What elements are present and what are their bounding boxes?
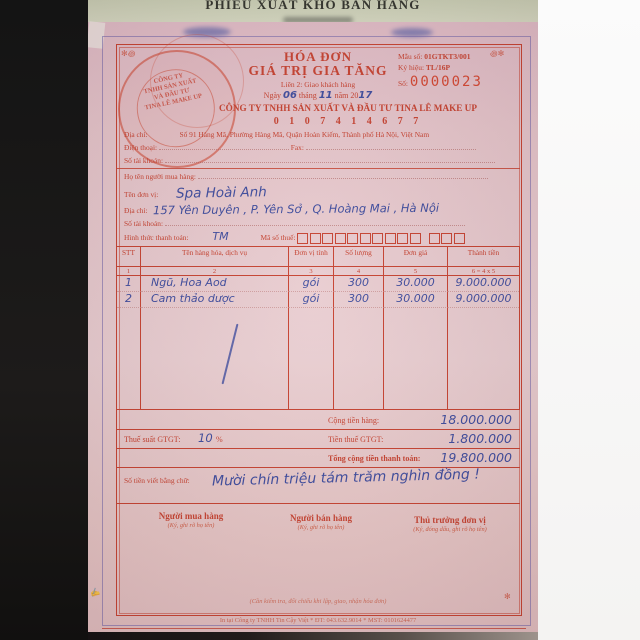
buyer-unit-handwritten: Spa Hoài Anh xyxy=(176,184,267,202)
row-item-name: Cam thảo dược xyxy=(141,292,289,308)
corner-ornament-icon: ✻꩜ xyxy=(121,47,135,59)
grand-total-row: Tổng cộng tiền thanh toán: 19.800.000 xyxy=(116,449,520,468)
col-header-qty: Số lượng xyxy=(334,247,384,267)
form-number-block: Mẫu số: 01GTKT3/001 Ký hiệu: TL/16P Số: … xyxy=(398,52,483,90)
table-index-row: 1 2 3 4 5 6 = 4 x 5 xyxy=(117,267,519,276)
table-row: 1 Ngũ, Hoa Aod gói 300 30.000 9.000.000 xyxy=(117,276,519,292)
seller-account-label: Số tài khoản: xyxy=(124,156,163,165)
ky-hieu-value: TL/16P xyxy=(426,63,450,72)
buyer-name-blank xyxy=(198,178,488,179)
col-index: 1 xyxy=(117,267,141,276)
seller-name: CÔNG TY TNHH SẢN XUẤT VÀ ĐẦU TƯ TINA LÊ … xyxy=(180,103,516,113)
tax-code-boxes xyxy=(297,233,465,244)
col-index: 2 xyxy=(141,267,289,276)
col-header-amount: Thành tiền xyxy=(448,247,519,267)
empty-cell xyxy=(448,308,519,410)
photo-of-invoice: PHIẾU XUẤT KHO BÁN HÀNG ✻꩜ ꩜✻ ✍ ✻ CÔNG T… xyxy=(0,0,640,640)
row-amount: 9.000.000 xyxy=(448,276,519,292)
signature-subtitle: (Ký, ghi rõ họ tên) xyxy=(266,524,376,531)
row-price: 30.000 xyxy=(384,276,448,292)
date-month-handwritten: 11 xyxy=(319,90,333,101)
signature-title: Người mua hàng xyxy=(136,511,246,521)
ky-hieu-label: Ký hiệu: xyxy=(398,63,424,72)
fax-blank xyxy=(306,149,476,150)
seller-address-label: Địa chỉ: xyxy=(124,130,148,139)
buyer-unit-label: Tên đơn vị: xyxy=(124,190,158,199)
signature-subtitle: (Ký, đóng dấu, ghi rõ họ tên) xyxy=(388,526,512,533)
amount-in-words-handwritten: Mười chín triệu tám trăm nghìn đồng ! xyxy=(212,466,480,489)
invoice-subtitle: GIÁ TRỊ GIA TĂNG xyxy=(218,63,418,79)
buyer-account-label: Số tài khoản: xyxy=(124,219,163,228)
signature-buyer: Người mua hàng (Ký, ghi rõ họ tên) xyxy=(136,511,246,529)
bottom-red-line xyxy=(102,628,526,629)
buyer-unit-line: Tên đơn vị: Spa Hoài Anh xyxy=(124,185,518,201)
percent-sign: % xyxy=(216,435,223,444)
photo-black-edge-bottom xyxy=(88,632,538,640)
phone-blank xyxy=(159,149,289,150)
signature-title: Thủ trưởng đơn vị xyxy=(388,515,512,525)
signature-seller: Người bán hàng (Ký, ghi rõ họ tên) xyxy=(266,513,376,531)
mau-so-label: Mẫu số: xyxy=(398,52,422,61)
empty-cell xyxy=(384,308,448,410)
vat-rate-handwritten: 10 xyxy=(198,431,213,445)
date-day-handwritten: 06 xyxy=(283,90,297,101)
row-stt: 1 xyxy=(117,276,141,292)
photo-white-margin-right xyxy=(538,0,640,640)
row-qty: 300 xyxy=(334,276,384,292)
so-label: Số: xyxy=(398,79,408,88)
date-year-handwritten: 17 xyxy=(358,90,372,101)
col-header-price: Đơn giá xyxy=(384,247,448,267)
grand-total-value-handwritten: 19.800.000 xyxy=(440,450,512,465)
signature-subtitle: (Ký, ghi rõ họ tên) xyxy=(136,522,246,529)
vat-row: Thuế suất GTGT: 10 % Tiền thuế GTGT: 1.8… xyxy=(116,430,520,449)
empty-cell xyxy=(334,308,384,410)
mau-so-value: 01GTKT3/001 xyxy=(424,52,470,61)
row-item-name: Ngũ, Hoa Aod xyxy=(141,276,289,292)
table-empty-filler xyxy=(117,308,519,410)
empty-cell xyxy=(289,308,334,410)
signature-director: Thủ trưởng đơn vị (Ký, đóng dấu, ghi rõ … xyxy=(388,515,512,533)
date-word: năm 20 xyxy=(335,91,359,100)
vat-rate-label: Thuế suất GTGT: xyxy=(124,435,180,444)
mau-so-line: Mẫu số: 01GTKT3/001 xyxy=(398,52,483,61)
photo-black-edge-left xyxy=(0,0,88,640)
subtotal-label: Cộng tiền hàng: xyxy=(328,416,379,425)
background-sheet: PHIẾU XUẤT KHO BÁN HÀNG xyxy=(88,0,538,24)
row-stt: 2 xyxy=(117,292,141,308)
table-header-row: STT Tên hàng hóa, dịch vụ Đơn vị tính Số… xyxy=(117,247,519,267)
amount-in-words-row: Số tiền viết bằng chữ: Mười chín triệu t… xyxy=(116,468,520,504)
buyer-account-blank xyxy=(165,225,465,226)
row-qty: 300 xyxy=(334,292,384,308)
col-header-item: Tên hàng hóa, dịch vụ xyxy=(141,247,289,267)
seller-account-line: Số tài khoản: xyxy=(124,156,518,165)
phone-label: Điện thoại: xyxy=(124,143,157,152)
vat-label: Tiền thuế GTGT: xyxy=(328,435,383,444)
empty-cell xyxy=(141,308,289,410)
printer-line: In tại Công ty TNHH Tin Cậy Việt * ĐT: 0… xyxy=(116,617,520,624)
background-sheet-title: PHIẾU XUẤT KHO BÁN HÀNG xyxy=(88,0,538,13)
table-row: 2 Cam thảo dược gói 300 30.000 9.000.000 xyxy=(117,292,519,308)
buyer-address-line: Địa chỉ: 157 Yên Duyên , P. Yên Sở , Q. … xyxy=(124,202,524,216)
subtotal-row: Cộng tiền hàng: 18.000.000 xyxy=(116,410,520,430)
buyer-address-label: Địa chỉ: xyxy=(124,206,148,215)
row-unit: gói xyxy=(289,276,334,292)
fax-label: Fax: xyxy=(291,143,304,152)
buyer-account-line: Số tài khoản: xyxy=(124,219,518,228)
seller-buyer-divider xyxy=(116,168,520,169)
seller-phone-line: Điện thoại: Fax: xyxy=(124,143,518,152)
col-index: 3 xyxy=(289,267,334,276)
invoice-number: 0000023 xyxy=(410,74,483,90)
check-note: (Cần kiểm tra, đối chiếu khi lập, giao, … xyxy=(116,598,520,605)
invoice-number-line: Số: 0000023 xyxy=(398,74,483,90)
copy-line: Liên 2: Giao khách hàng xyxy=(238,80,398,89)
col-header-stt: STT xyxy=(117,247,141,267)
col-index: 4 xyxy=(334,267,384,276)
seller-account-blank xyxy=(165,162,495,163)
items-table: STT Tên hàng hóa, dịch vụ Đơn vị tính Số… xyxy=(116,246,520,410)
seller-tax-code: 0 1 0 7 4 1 4 6 7 7 xyxy=(180,116,516,127)
corner-ornament-icon: ꩜✻ xyxy=(490,47,504,59)
buyer-name-label: Họ tên người mua hàng: xyxy=(124,172,196,181)
col-header-unit: Đơn vị tính xyxy=(289,247,334,267)
payment-label: Hình thức thanh toán: xyxy=(124,233,189,242)
col-index: 5 xyxy=(384,267,448,276)
date-word: tháng xyxy=(299,91,317,100)
payment-line: Hình thức thanh toán: TM Mã số thuế: xyxy=(124,230,524,244)
date-line: Ngày 06 tháng 11 năm 2017 xyxy=(208,90,428,101)
buyer-address-handwritten: 157 Yên Duyên , P. Yên Sở , Q. Hoàng Mai… xyxy=(153,201,439,217)
seller-address-value: Số 91 Hàng Mã, Phường Hàng Mã, Quận Hoàn… xyxy=(149,130,429,139)
date-word: Ngày xyxy=(264,91,281,100)
empty-cell xyxy=(117,308,141,410)
buyer-name-line: Họ tên người mua hàng: xyxy=(124,172,518,181)
invoice-photo: PHIẾU XUẤT KHO BÁN HÀNG ✻꩜ ꩜✻ ✍ ✻ CÔNG T… xyxy=(88,0,538,640)
vat-value-handwritten: 1.800.000 xyxy=(448,431,512,446)
grand-total-label: Tổng cộng tiền thanh toán: xyxy=(328,454,420,463)
payment-handwritten: TM xyxy=(212,230,228,243)
ky-hieu-line: Ký hiệu: TL/16P xyxy=(398,63,483,72)
buyer-tax-label: Mã số thuế: xyxy=(261,233,296,242)
col-index: 6 = 4 x 5 xyxy=(448,267,519,276)
amount-in-words-label: Số tiền viết bằng chữ: xyxy=(124,476,190,485)
signature-title: Người bán hàng xyxy=(266,513,376,523)
subtotal-value-handwritten: 18.000.000 xyxy=(440,412,512,427)
seller-address-line: Địa chỉ: Số 91 Hàng Mã, Phường Hàng Mã, … xyxy=(124,130,518,139)
row-amount: 9.000.000 xyxy=(448,292,519,308)
row-price: 30.000 xyxy=(384,292,448,308)
row-unit: gói xyxy=(289,292,334,308)
